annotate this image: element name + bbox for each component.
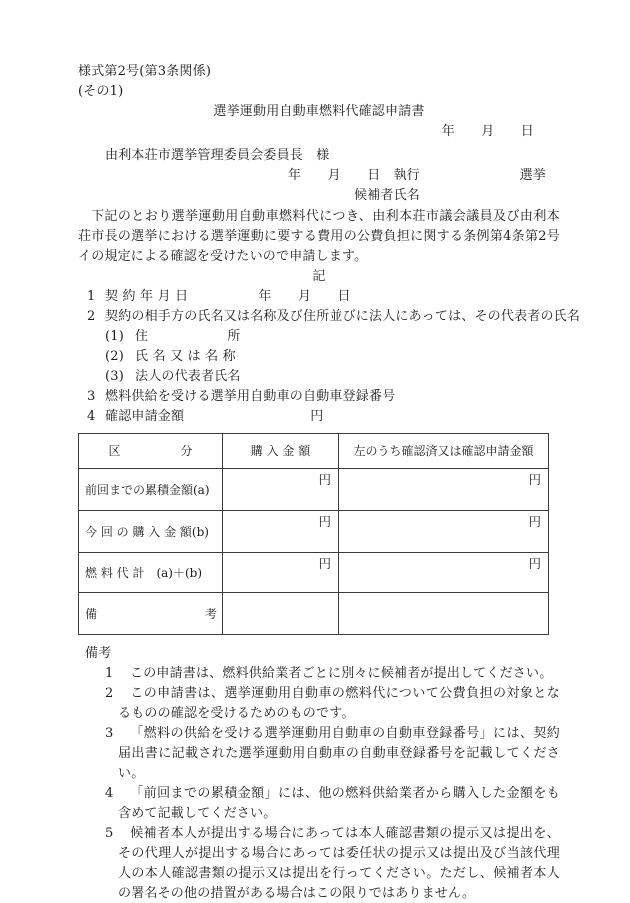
col-header-purchase-amount: 購 入 金 額 bbox=[223, 434, 339, 469]
item-vehicle-registration: 3燃料供給を受ける選挙用自動車の自動車登録番号 bbox=[78, 387, 560, 407]
record-marker: 記 bbox=[78, 267, 560, 287]
purchase-amount-cell: 円 bbox=[223, 511, 339, 553]
subitem-label: 住 所 bbox=[135, 329, 241, 344]
note-number: 4 bbox=[105, 784, 130, 804]
confirmed-amount-cell: 円 bbox=[339, 553, 549, 593]
row-label-current-purchase: 今 回 の 購 入 金 額(b) bbox=[79, 511, 223, 553]
note-text: この申請書は、選挙運動用自動車の燃料代について公費負担の対象となるものの確認を受… bbox=[118, 686, 560, 721]
election-name-suffix: 選挙 bbox=[520, 166, 546, 186]
fuel-cost-table: 区 分 購 入 金 額 左のうち確認済又は確認申請金額 前回までの累積金額(a)… bbox=[78, 433, 549, 635]
note-text: この申請書は、燃料供給業者ごとに別々に候補者が提出してください。 bbox=[130, 666, 552, 681]
confirmed-amount-cell: 円 bbox=[339, 511, 549, 553]
form-number: 様式第2号(第3条関係) bbox=[78, 62, 560, 82]
election-execution-line: 年 月 日 執行 選挙 bbox=[288, 166, 560, 186]
confirmed-amount-cell: 円 bbox=[339, 469, 549, 511]
subitem-name: (2)氏 名 又 は 名 称 bbox=[78, 347, 560, 367]
item-number: 3 bbox=[87, 387, 105, 407]
item-number: 1 bbox=[87, 287, 105, 307]
page-title: 選挙運動用自動車燃料代確認申請書 bbox=[78, 102, 560, 122]
candidate-name-label: 候補者氏名 bbox=[354, 186, 560, 206]
body-paragraph: 下記のとおり選挙運動用自動車燃料代につき、由利本荘市議会議員及び由利本荘市長の選… bbox=[78, 207, 560, 267]
table-header-row: 区 分 購 入 金 額 左のうち確認済又は確認申請金額 bbox=[79, 434, 549, 469]
subitem-number: (3) bbox=[105, 367, 135, 387]
application-date-blank: 年 月 日 bbox=[78, 122, 560, 142]
note-number: 2 bbox=[105, 684, 130, 704]
item-label: 確認申請金額 bbox=[105, 409, 184, 424]
note-item-2: 2この申請書は、選挙運動用自動車の燃料代について公費負担の対象となるものの確認を… bbox=[105, 684, 560, 724]
item-contract-date: 1契 約 年 月 日年 月 日 bbox=[78, 287, 560, 307]
note-number: 5 bbox=[105, 824, 130, 844]
col-header-category: 区 分 bbox=[79, 434, 223, 469]
subitem-number: (1) bbox=[105, 327, 135, 347]
note-item-5: 5候補者本人が提出する場合にあっては本人確認書類の提示又は提出を、その代理人が提… bbox=[105, 824, 560, 903]
table-row-remarks: 備 考 bbox=[79, 593, 549, 635]
addressee-line: 由利本荘市選挙管理委員会委員長 様 bbox=[105, 146, 560, 166]
note-text: 「燃料の供給を受ける選挙運動用自動車の自動車登録番号」には、契約届出書に記載され… bbox=[118, 726, 560, 781]
purchase-amount-cell: 円 bbox=[223, 469, 339, 511]
table-row-cumulative: 前回までの累積金額(a) 円 円 bbox=[79, 469, 549, 511]
note-number: 1 bbox=[105, 664, 130, 684]
item-label: 契約の相手方の氏名又は名称及び住所並びに法人にあっては、その代表者の氏名 bbox=[105, 309, 580, 324]
execution-date-blank: 年 月 日 執行 bbox=[288, 166, 420, 186]
note-number: 3 bbox=[105, 724, 130, 744]
form-part-number: (その1) bbox=[78, 82, 560, 102]
table-row-current-purchase: 今 回 の 購 入 金 額(b) 円 円 bbox=[79, 511, 549, 553]
item-number: 4 bbox=[87, 407, 105, 427]
subitem-number: (2) bbox=[105, 347, 135, 367]
item-number: 2 bbox=[87, 307, 105, 327]
note-item-1: 1この申請書は、燃料供給業者ごとに別々に候補者が提出してください。 bbox=[105, 664, 560, 684]
contract-date-blank: 年 月 日 bbox=[258, 289, 350, 304]
item-contract-party: 2契約の相手方の氏名又は名称及び住所並びに法人にあっては、その代表者の氏名 bbox=[78, 307, 560, 327]
notes-heading: 備考 bbox=[85, 644, 560, 664]
item-label: 契 約 年 月 日 bbox=[105, 289, 188, 304]
table-row-fuel-total: 燃 料 代 計 (a)＋(b) 円 円 bbox=[79, 553, 549, 593]
purchase-amount-cell: 円 bbox=[223, 553, 339, 593]
col-header-confirmed-amount: 左のうち確認済又は確認申請金額 bbox=[339, 434, 549, 469]
application-form-page: 様式第2号(第3条関係) (その1) 選挙運動用自動車燃料代確認申請書 年 月 … bbox=[0, 0, 630, 903]
subitem-address: (1)住 所 bbox=[78, 327, 560, 347]
remarks-cell bbox=[339, 593, 549, 635]
note-item-4: 4「前回までの累積金額」には、他の燃料供給業者から購入した金額をも含めて記載して… bbox=[105, 784, 560, 824]
row-label-remarks: 備 考 bbox=[79, 593, 223, 635]
item-label: 燃料供給を受ける選挙用自動車の自動車登録番号 bbox=[105, 389, 395, 404]
row-label-fuel-total: 燃 料 代 計 (a)＋(b) bbox=[79, 553, 223, 593]
subitem-representative: (3)法人の代表者氏名 bbox=[78, 367, 560, 387]
subitem-label: 氏 名 又 は 名 称 bbox=[135, 349, 236, 364]
note-item-3: 3「燃料の供給を受ける選挙運動用自動車の自動車登録番号」には、契約届出書に記載さ… bbox=[105, 724, 560, 784]
subitem-label: 法人の代表者氏名 bbox=[135, 369, 241, 384]
note-text: 候補者本人が提出する場合にあっては本人確認書類の提示又は提出を、その代理人が提出… bbox=[118, 826, 560, 901]
row-label-cumulative: 前回までの累積金額(a) bbox=[79, 469, 223, 511]
yen-unit-label: 円 bbox=[310, 409, 323, 424]
remarks-cell bbox=[223, 593, 339, 635]
item-application-amount: 4確認申請金額円 bbox=[78, 407, 560, 427]
note-text: 「前回までの累積金額」には、他の燃料供給業者から購入した金額をも含めて記載してく… bbox=[118, 786, 560, 821]
